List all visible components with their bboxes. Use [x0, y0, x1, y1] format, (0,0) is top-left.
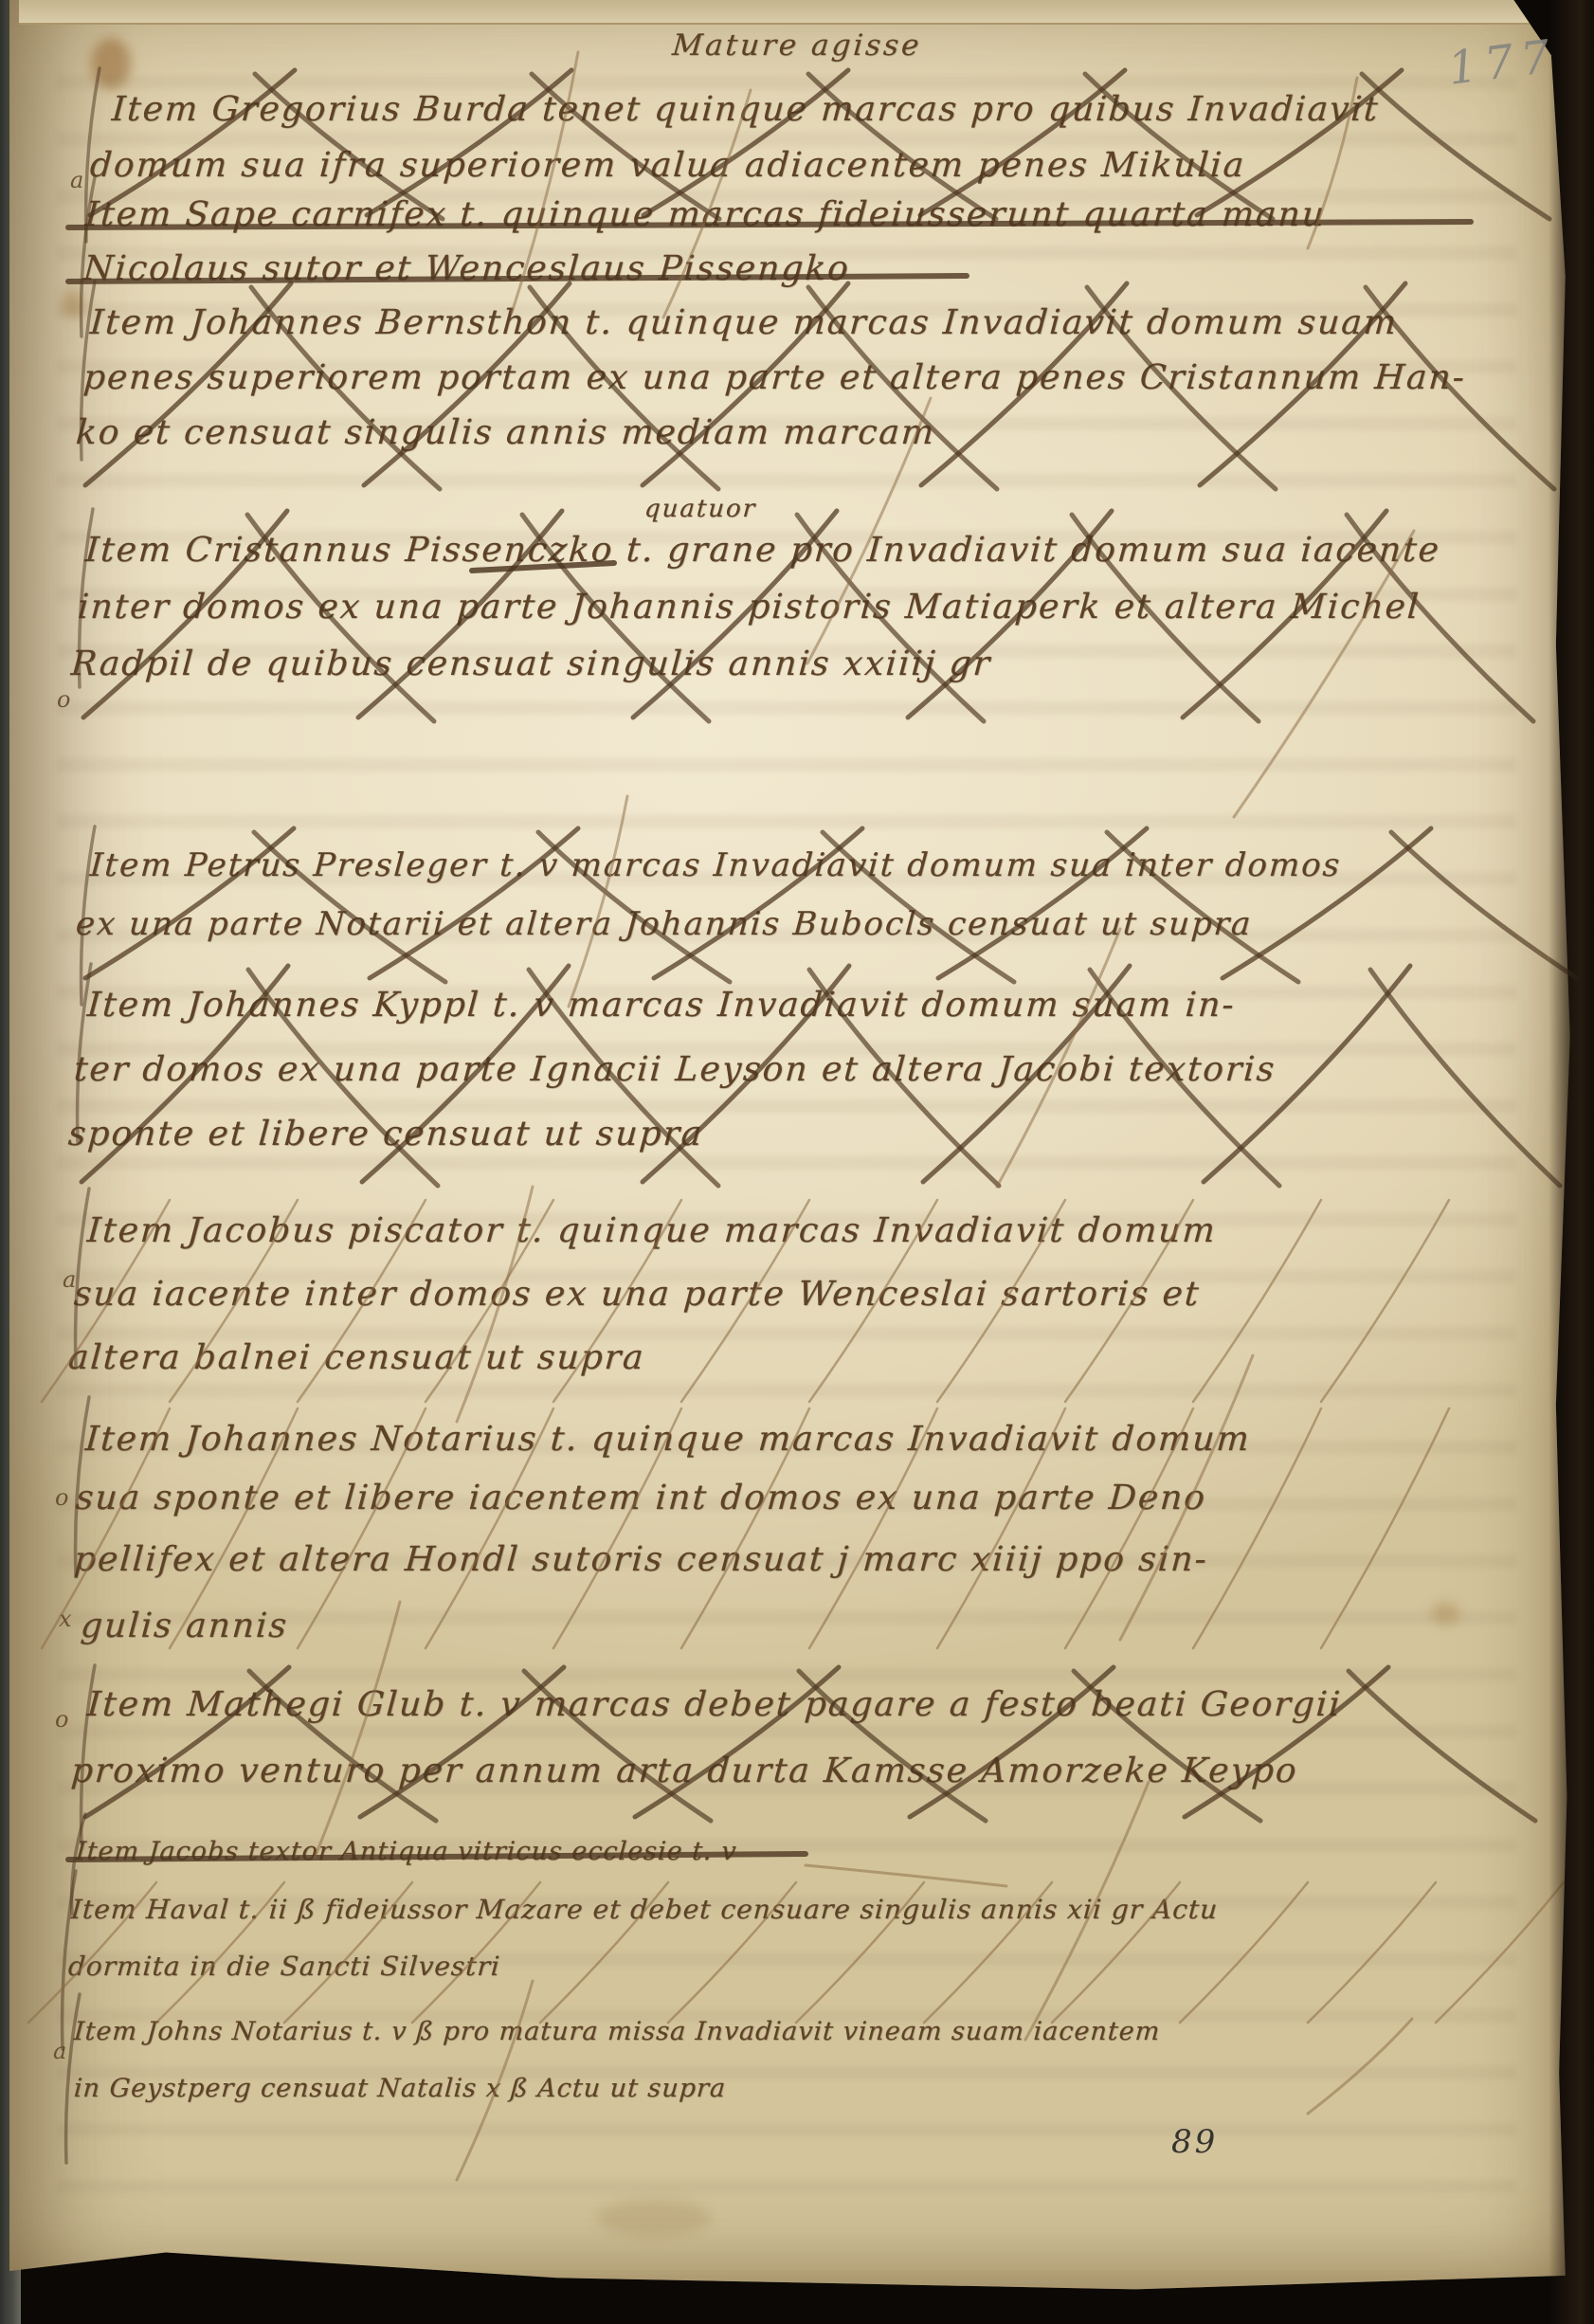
manuscript-line-johannes-kyppl: ter domos ex una parte Ignacii Leyson et…: [73, 1050, 1277, 1089]
manuscript-line-sape-carnifex: Nicolaus sutor et Wenceslaus Pissengko: [82, 249, 852, 288]
manuscript-line-johannes-bernsthon: ko et censuat singulis annis mediam marc…: [75, 413, 937, 452]
manuscript-line-cristannus-pissenczko: inter domos ex una parte Johannis pistor…: [77, 588, 1422, 626]
manuscript-line-johannes-bernsthon: penes superiorem portam ex una parte et …: [82, 358, 1468, 397]
margin-mark: o: [55, 1706, 68, 1733]
manuscript-line-petrus-presleger: ex una parte Notarii et altera Johannis …: [75, 905, 1254, 943]
manuscript-line-johannes-notarius: gulis annis: [80, 1607, 290, 1645]
manuscript-line-johannes-kyppl: sponte et libere censuat ut supra: [67, 1115, 705, 1153]
manuscript-line-sape-carnifex: Item Sape carnifex t. quinque marcas fid…: [84, 195, 1328, 234]
manuscript-line-cristannus-pissenczko: Radpil de quibus censuat singulis annis …: [70, 645, 993, 683]
manuscript-line-jacobus-piscator: Item Jacobus piscator t. quinque marcas …: [86, 1211, 1219, 1250]
manuscript-scan: { "document": { "header": "Mature agisse…: [0, 0, 1594, 2324]
manuscript-line-johannes-notarius: pellifex et altera Hondl sutoris censuat…: [73, 1540, 1210, 1579]
margin-mark: o: [55, 1484, 68, 1511]
entries-layer: aoaoxoaItem Gregorius Burda tenet quinqu…: [0, 0, 1594, 2324]
margin-mark: a: [53, 2038, 66, 2064]
manuscript-line-mathegi-glub: Item Mathegi Glub t. v marcas debet paga…: [86, 1685, 1344, 1724]
manuscript-line-gregorius-burda: Item Gregorius Burda tenet quinque marca…: [111, 90, 1381, 129]
manuscript-line-haval: Item Haval t. ii ß fideiussor Mazare et …: [70, 1894, 1220, 1925]
manuscript-line-johannes-bernsthon: Item Johannes Bernsthon t. quinque marca…: [89, 303, 1400, 342]
page-right-dark-edge: [1549, 0, 1594, 2324]
manuscript-line-cristannus-pissenczko: Item Cristannus Pissenczko t. grane pro …: [84, 531, 1442, 570]
manuscript-line-gregorius-burda: domum sua ifra superiorem valua adiacent…: [89, 146, 1247, 185]
margin-mark: x: [59, 1606, 72, 1632]
margin-mark: o: [57, 686, 70, 713]
manuscript-line-petrus-presleger: Item Petrus Presleger t. v marcas Invadi…: [89, 846, 1343, 884]
manuscript-line-johannes-notarius: Item Johannes Notarius t. quinque marcas…: [84, 1420, 1253, 1459]
manuscript-line-johannes-notarius: sua sponte et libere iacentem int domos …: [75, 1479, 1208, 1517]
margin-mark: a: [70, 167, 83, 193]
manuscript-line-johannes-kyppl: Item Johannes Kyppl t. v marcas Invadiav…: [86, 986, 1237, 1025]
manuscript-line-mathegi-glub: proximo venturo per annum arta durta Kam…: [70, 1752, 1299, 1790]
manuscript-line-haval: dormita in die Sancti Silvestri: [67, 1951, 501, 1982]
manuscript-line-jacobus-piscator: sua iacente inter domos ex una parte Wen…: [73, 1275, 1202, 1314]
manuscript-line-jacobus-piscator: altera balnei censuat ut supra: [67, 1338, 646, 1377]
manuscript-line-cristannus-pissenczko: quatuor: [643, 495, 757, 523]
manuscript-line-jacobs-textor: Item Jacobs textor Antiqua vitricus eccl…: [75, 1837, 738, 1866]
manuscript-line-johns-notarius-vinea: Item Johns Notarius t. v ß pro matura mi…: [73, 2017, 1161, 2046]
manuscript-line-johns-notarius-vinea: in Geystperg censuat Natalis x ß Actu ut…: [73, 2074, 727, 2103]
